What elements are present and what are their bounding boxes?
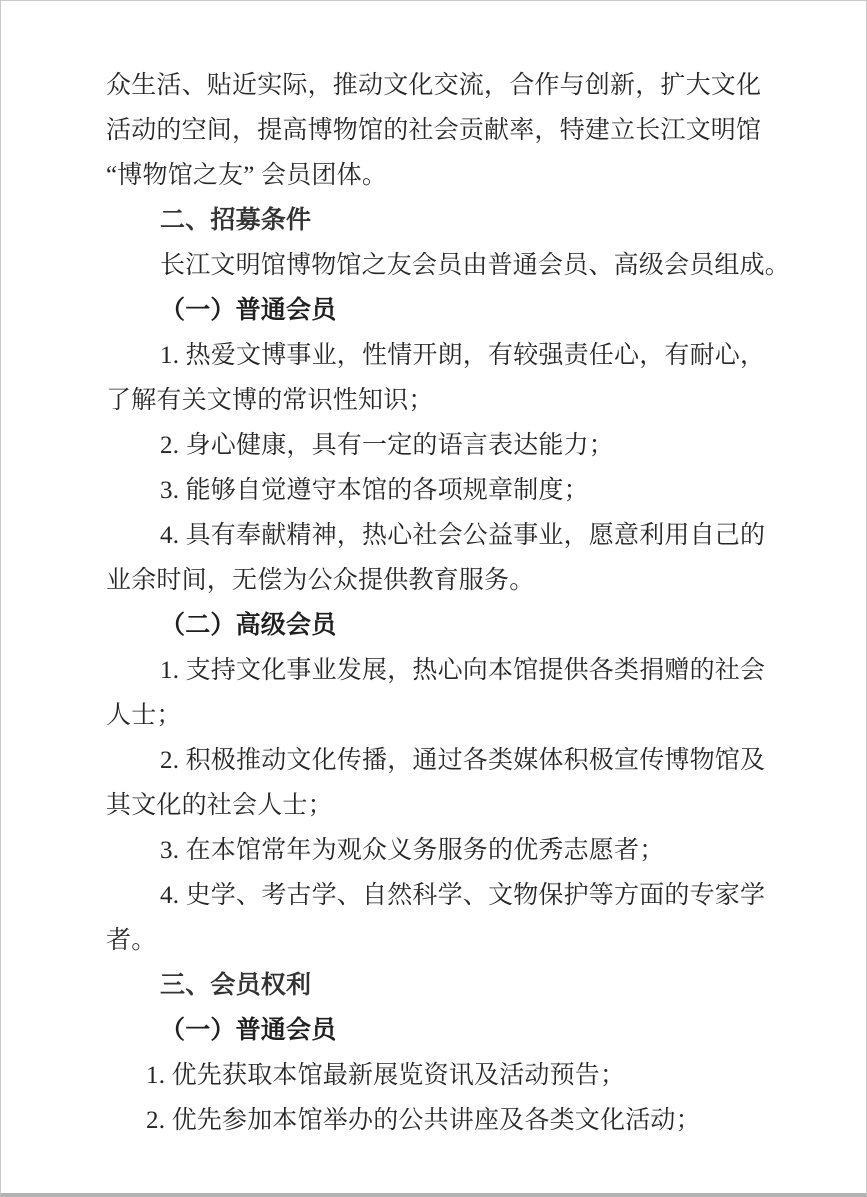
document-line: 1. 热爱文博事业，性情开朗，有较强责任心，有耐心， — [106, 333, 811, 378]
document-line: 4. 史学、考古学、自然科学、文物保护等方面的专家学 — [106, 873, 811, 918]
document-line: 2. 积极推动文化传播，通过各类媒体积极宣传博物馆及 — [106, 738, 811, 783]
document-line: 1. 支持文化事业发展，热心向本馆提供各类捐赠的社会 — [106, 648, 811, 693]
document-line: “博物馆之友” 会员团体。 — [106, 153, 811, 198]
document-line: 2. 身心健康，具有一定的语言表达能力； — [106, 423, 811, 468]
document-line: 者。 — [106, 918, 811, 963]
document-heading: （一）普通会员 — [106, 288, 811, 333]
document-heading: （二）高级会员 — [106, 603, 811, 648]
document-heading: 三、会员权利 — [106, 963, 811, 1008]
document-body: 众生活、贴近实际，推动文化交流，合作与创新，扩大文化活动的空间，提高博物馆的社会… — [106, 63, 811, 1143]
document-line: 了解有关文博的常识性知识； — [106, 378, 811, 423]
document-line: 3. 在本馆常年为观众义务服务的优秀志愿者； — [106, 828, 811, 873]
document-line: 其文化的社会人士； — [106, 783, 811, 828]
document-line: 业余时间，无偿为公众提供教育服务。 — [106, 558, 811, 603]
document-line: 2. 优先参加本馆举办的公共讲座及各类文化活动； — [106, 1098, 811, 1143]
document-line: 众生活、贴近实际，推动文化交流，合作与创新，扩大文化 — [106, 63, 811, 108]
document-line: 活动的空间，提高博物馆的社会贡献率，特建立长江文明馆 — [106, 108, 811, 153]
document-line: 4. 具有奉献精神，热心社会公益事业，愿意利用自己的 — [106, 513, 811, 558]
document-page: 众生活、贴近实际，推动文化交流，合作与创新，扩大文化活动的空间，提高博物馆的社会… — [0, 0, 867, 1197]
document-line: 1. 优先获取本馆最新展览资讯及活动预告； — [106, 1053, 811, 1098]
document-heading: （一）普通会员 — [106, 1008, 811, 1053]
document-line: 3. 能够自觉遵守本馆的各项规章制度； — [106, 468, 811, 513]
document-line: 长江文明馆博物馆之友会员由普通会员、高级会员组成。 — [106, 243, 811, 288]
document-heading: 二、招募条件 — [106, 198, 811, 243]
document-line: 人士； — [106, 693, 811, 738]
